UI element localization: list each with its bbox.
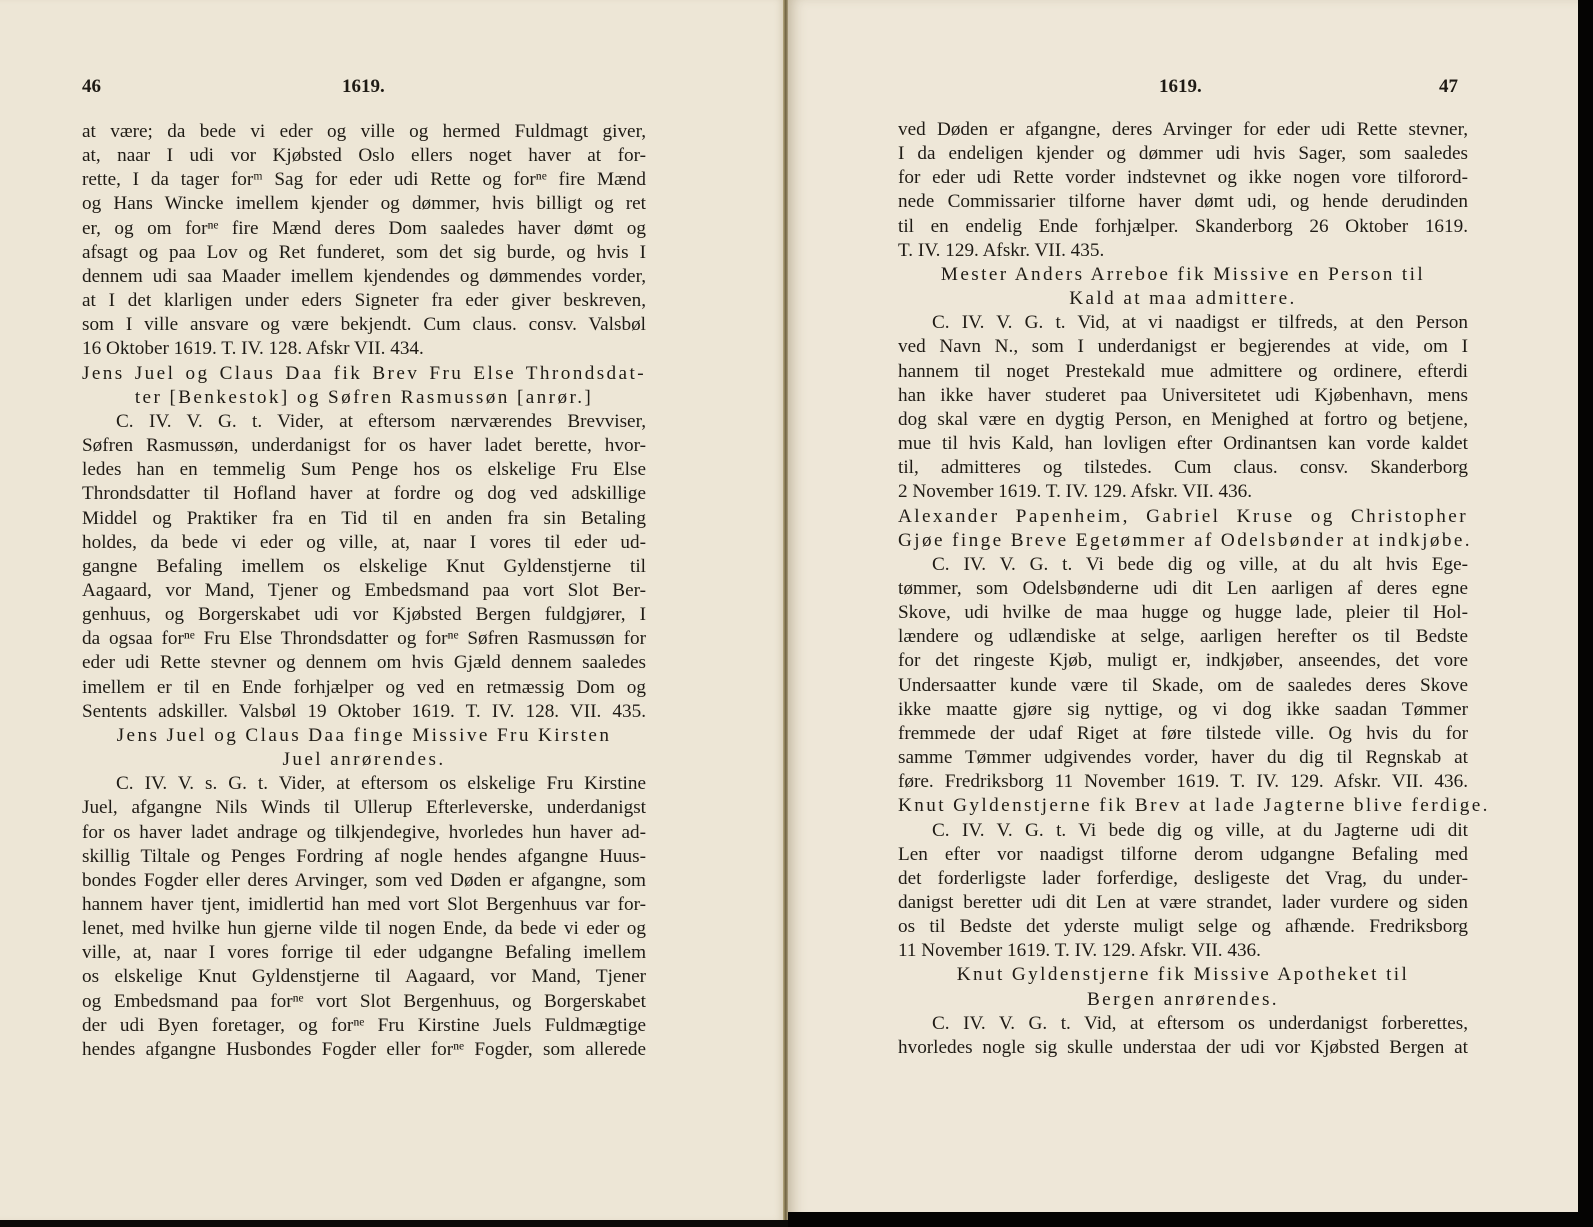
text-line: rette, I da tager forᵐ Sag for eder udi … <box>82 168 646 192</box>
text-line: er, og om forⁿᵉ fire Mænd deres Dom saal… <box>82 217 646 241</box>
text-line: skillig Tiltale og Penges Fordring af no… <box>82 845 646 869</box>
text-line: fremmede der udaf Riget at føre tilstede… <box>898 722 1468 746</box>
page-number-right: 47 <box>1439 76 1458 102</box>
running-head-left: 1619. <box>342 76 385 102</box>
text-line: til, admitteres og tilstedes. Cum claus.… <box>898 456 1468 480</box>
text-line: C. IV. V. G. t. Vid, at vi naadigst er t… <box>898 311 1468 335</box>
text-line: Aagaard, vor Mand, Tjener og Embedsmand … <box>82 579 646 603</box>
book-spread: 46 1619. at være; da bede vi eder og vil… <box>0 0 1578 1220</box>
text-line: dennem udi saa Maader imellem kjendendes… <box>82 265 646 289</box>
text-line: hannem haver tjent, imidlertid han med v… <box>82 893 646 917</box>
text-line: danigst beretter udi dit Len at være str… <box>898 891 1468 915</box>
text-line: C. IV. V. G. t. Vi bede dig og ville, at… <box>898 553 1468 577</box>
text-line: da ogsaa forⁿᵉ Fru Else Throndsdatter og… <box>82 627 646 651</box>
text-line: samme Tømmer udgivendes vorder, haver du… <box>898 746 1468 770</box>
text-line: ved Navn N., som I underdanigst er begje… <box>898 335 1468 359</box>
text-line: Mester Anders Arreboe fik Missive en Per… <box>898 263 1468 287</box>
text-line: Sentents adskiller. Valsbøl 19 Oktober 1… <box>82 700 646 724</box>
right-page-body: ved Døden er afgangne, deres Arvinger fo… <box>898 118 1468 1060</box>
text-line: Throndsdatter til Hofland haver at fordr… <box>82 482 646 506</box>
scan-border-bottom <box>788 1212 1593 1227</box>
text-line: Jens Juel og Claus Daa finge Missive Fru… <box>82 724 646 748</box>
text-line: ved Døden er afgangne, deres Arvinger fo… <box>898 118 1468 142</box>
text-line: Alexander Papenheim, Gabriel Kruse og Ch… <box>898 505 1468 529</box>
text-line: os til Bedste det yderste muligt selge o… <box>898 915 1468 939</box>
text-line: for os haver ladet andrage og tilkjendeg… <box>82 821 646 845</box>
left-page: 46 1619. at være; da bede vi eder og vil… <box>0 0 784 1220</box>
text-line: 2 November 1619. T. IV. 129. Afskr. VII.… <box>898 480 1468 504</box>
text-line: genhuus, og Borgerskabet udi vor Kjøbste… <box>82 603 646 627</box>
text-line: T. IV. 129. Afskr. VII. 435. <box>898 239 1468 263</box>
text-line: at I det klarligen under eders Signeter … <box>82 289 646 313</box>
text-line: imellem er til en Ende forhjælper og ved… <box>82 676 646 700</box>
text-line: hendes afgangne Husbondes Fogder eller f… <box>82 1038 646 1062</box>
text-line: og Hans Wincke imellem kjender og dømmer… <box>82 192 646 216</box>
text-line: holdes, da bede vi eder og ville, at, na… <box>82 531 646 555</box>
right-page: 1619. 47 ved Døden er afgangne, deres Ar… <box>788 0 1578 1220</box>
text-line: 11 November 1619. T. IV. 129. Afskr. VII… <box>898 939 1468 963</box>
text-line: Jens Juel og Claus Daa fik Brev Fru Else… <box>82 362 646 386</box>
text-line: C. IV. V. s. G. t. Vider, at eftersom os… <box>82 772 646 796</box>
text-line: lændere og udlændiske at selge, aarligen… <box>898 625 1468 649</box>
text-line: C. IV. V. G. t. Vid, at eftersom os unde… <box>898 1012 1468 1036</box>
text-line: afsagt og paa Lov og Ret funderet, som d… <box>82 241 646 265</box>
text-line: til en endelig Ende forhjælper. Skanderb… <box>898 215 1468 239</box>
text-line: Juel, afgangne Nils Winds til Ullerup Ef… <box>82 796 646 820</box>
running-head-right: 1619. <box>1159 76 1202 102</box>
text-line: Len efter vor naadigst tilforne derom ud… <box>898 843 1468 867</box>
left-page-body: at være; da bede vi eder og ville og her… <box>82 120 646 1062</box>
text-line: lenet, med hvilke hun gjerne vilde til n… <box>82 917 646 941</box>
text-line: Søfren Rasmussøn, underdanigst for os ha… <box>82 434 646 458</box>
text-line: eder udi Rette stevner og dennem om hvis… <box>82 651 646 675</box>
text-line: 16 Oktober 1619. T. IV. 128. Afskr VII. … <box>82 337 646 361</box>
text-line: mue til hvis Kald, han lovligen efter Or… <box>898 432 1468 456</box>
text-line: han ikke haver studeret paa Universitete… <box>898 384 1468 408</box>
text-line: ikke maatte gjøre sig nyttige, og vi dog… <box>898 698 1468 722</box>
text-line: ville, at, naar I vores forrige til eder… <box>82 941 646 965</box>
text-line: og Embedsmand paa forⁿᵉ vort Slot Bergen… <box>82 990 646 1014</box>
text-line: bondes Fogder eller deres Arvinger, som … <box>82 869 646 893</box>
text-line: dog skal være en dygtig Person, en Menig… <box>898 408 1468 432</box>
text-line: det forderligste lader forferdige, desli… <box>898 867 1468 891</box>
text-line: Gjøe finge Breve Egetømmer af Odelsbønde… <box>898 529 1468 553</box>
text-line: Knut Gyldenstjerne fik Missive Apotheket… <box>898 963 1468 987</box>
scan-border-right <box>1578 0 1593 1227</box>
text-line: os elskelige Knut Gyldenstjerne til Aaga… <box>82 965 646 989</box>
text-line: Bergen anrørendes. <box>898 988 1468 1012</box>
text-line: Undersaatter kunde være til Skade, om de… <box>898 674 1468 698</box>
text-line: Juel anrørendes. <box>82 748 646 772</box>
text-line: gangne Befaling imellem os elskelige Knu… <box>82 555 646 579</box>
text-line: hvorledes nogle sig skulle understaa der… <box>898 1036 1468 1060</box>
text-line: ledes han en temmelig Sum Penge hos os e… <box>82 458 646 482</box>
text-line: C. IV. V. G. t. Vider, at eftersom nærvæ… <box>82 410 646 434</box>
text-line: Knut Gyldenstjerne fik Brev at lade Jagt… <box>898 794 1468 818</box>
text-line: at være; da bede vi eder og ville og her… <box>82 120 646 144</box>
text-line: føre. Fredriksborg 11 November 1619. T. … <box>898 770 1468 794</box>
text-line: tømmer, som Odelsbønderne udi dit Len aa… <box>898 577 1468 601</box>
text-line: for det ringeste Kjøb, muligt er, indkjø… <box>898 649 1468 673</box>
text-line: Kald at maa admittere. <box>898 287 1468 311</box>
text-line: at, naar I udi vor Kjøbsted Oslo ellers … <box>82 144 646 168</box>
text-line: C. IV. V. G. t. Vi bede dig og ville, at… <box>898 819 1468 843</box>
text-line: som I ville ansvare og være bekjendt. Cu… <box>82 313 646 337</box>
text-line: ter [Benkestok] og Søfren Rasmussøn [anr… <box>82 386 646 410</box>
text-line: der udi Byen foretager, og forⁿᵉ Fru Kir… <box>82 1014 646 1038</box>
page-number-left: 46 <box>82 76 101 102</box>
text-line: for eder udi Rette vorder indstevnet og … <box>898 166 1468 190</box>
text-line: I da endeligen kjender og dømmer udi hvi… <box>898 142 1468 166</box>
text-line: nede Commissarier tilforne haver dømt ud… <box>898 190 1468 214</box>
text-line: Middel og Praktiker fra en Tid til en an… <box>82 507 646 531</box>
text-line: Skove, udi hvilke de maa hugge og hugge … <box>898 601 1468 625</box>
text-line: hannem til noget Prestekald mue admitter… <box>898 360 1468 384</box>
